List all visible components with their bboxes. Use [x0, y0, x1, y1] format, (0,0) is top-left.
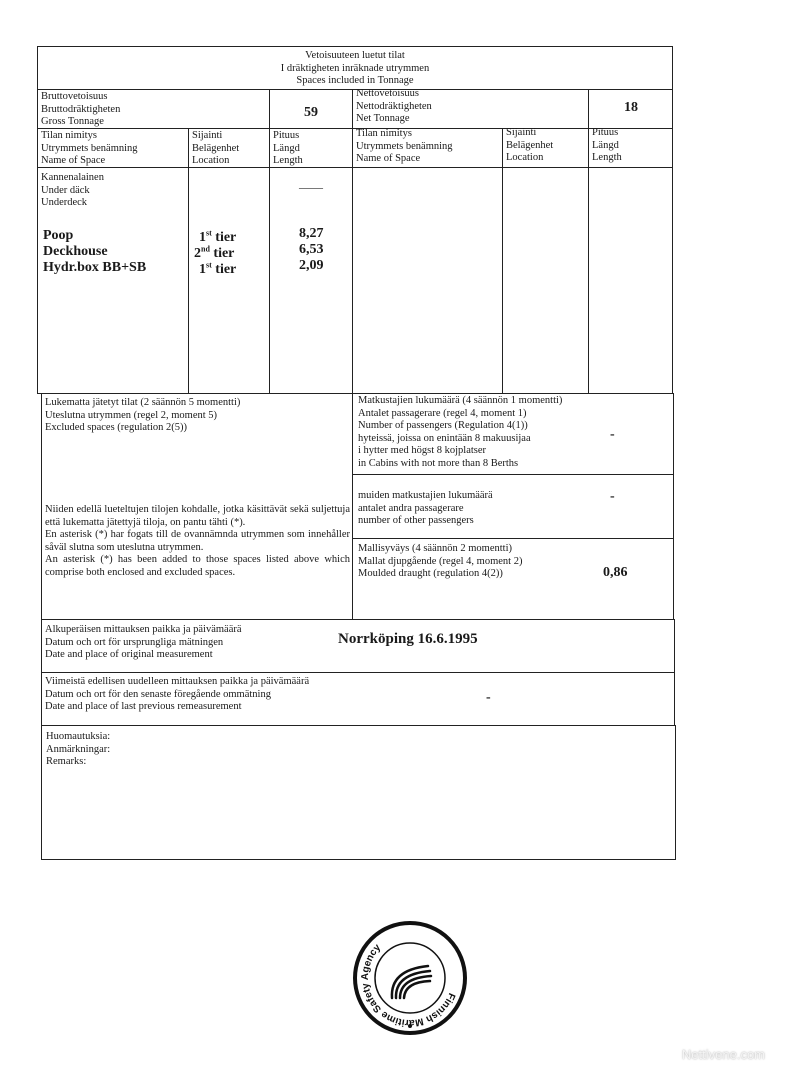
space-name: Hydr.box BB+SB — [43, 260, 146, 276]
official-stamp: Finnish Maritime Safety Agency — [350, 918, 470, 1038]
spaces-list: Poop 1st tier 8,27 Deckhouse 2nd tier 6,… — [41, 228, 351, 276]
cabin-passengers-value: - — [610, 427, 615, 443]
space-length: 2,09 — [299, 258, 324, 274]
last-remeasurement-value: - — [486, 690, 491, 706]
space-row: Hydr.box BB+SB 1st tier 2,09 — [41, 260, 351, 276]
stamp-seal-icon: Finnish Maritime Safety Agency — [350, 918, 470, 1038]
excluded-spaces-label: Lukematta jätetyt tilat (2 säännön 5 mom… — [45, 397, 240, 435]
divider — [352, 538, 674, 539]
divider — [41, 672, 675, 673]
space-length: 6,53 — [299, 242, 324, 258]
cabin-passengers-label: Matkustajien lukumäärä (4 säännön 1 mome… — [358, 395, 562, 470]
space-name: Poop — [43, 228, 73, 244]
divider — [37, 89, 673, 90]
net-tonnage-value: 18 — [589, 100, 673, 116]
asterisk-note: Niiden edellä lueteltujen tilojen kohdal… — [45, 504, 350, 579]
asterisk-note-fi: Niiden edellä lueteltujen tilojen kohdal… — [45, 504, 350, 529]
last-remeasurement-label: Viimeistä edellisen uudelleen mittauksen… — [45, 676, 309, 714]
divider — [37, 128, 673, 129]
column-header-length-left: Pituus Längd Length — [273, 130, 303, 168]
divider — [352, 474, 674, 475]
column-header-name-right: Tilan nimitys Utrymmets benämning Name o… — [356, 128, 453, 166]
moulded-draught-label: Mallisyväys (4 säännön 2 momentti) Malla… — [358, 543, 522, 581]
space-name: Deckhouse — [43, 244, 108, 260]
space-length: 8,27 — [299, 226, 324, 242]
other-passengers-value: - — [610, 489, 615, 505]
original-measurement-label: Alkuperäisen mittauksen paikka ja päiväm… — [45, 624, 242, 662]
column-header-location-right: Sijainti Belägenhet Location — [506, 127, 553, 165]
gross-tonnage-label: Bruttovetoisuus Bruttodräktigheten Gross… — [41, 91, 120, 129]
asterisk-note-sv: En asterisk (*) har fogats till de ovann… — [45, 529, 350, 554]
watermark: Nettivene.com — [682, 1047, 765, 1062]
underdeck-length: —— — [270, 180, 352, 195]
space-location: 1st tier — [199, 262, 236, 278]
asterisk-note-en: An asterisk (*) has been added to those … — [45, 554, 350, 579]
divider — [37, 167, 673, 168]
remarks-section — [41, 725, 676, 860]
column-header-location-left: Sijainti Belägenhet Location — [192, 130, 239, 168]
column-header-length-right: Pituus Längd Length — [592, 127, 622, 165]
gross-tonnage-value: 59 — [270, 105, 352, 121]
divider — [352, 89, 353, 394]
underdeck-label: Kannenalainen Under däck Underdeck — [41, 172, 104, 210]
divider — [352, 393, 353, 620]
table-title: Vetoisuuteen luetut tilat I dräktigheten… — [37, 50, 673, 88]
tonnage-table — [37, 46, 673, 394]
remarks-label: Huomautuksia: Anmärkningar: Remarks: — [46, 731, 110, 769]
net-tonnage-label: Nettovetoisuus Nettodräktigheten Net Ton… — [356, 88, 432, 126]
original-measurement-value: Norrköping 16.6.1995 — [338, 631, 478, 648]
column-header-name-left: Tilan nimitys Utrymmets benämning Name o… — [41, 130, 138, 168]
moulded-draught-value: 0,86 — [603, 565, 628, 581]
other-passengers-label: muiden matkustajien lukumäärä antalet an… — [358, 490, 493, 528]
